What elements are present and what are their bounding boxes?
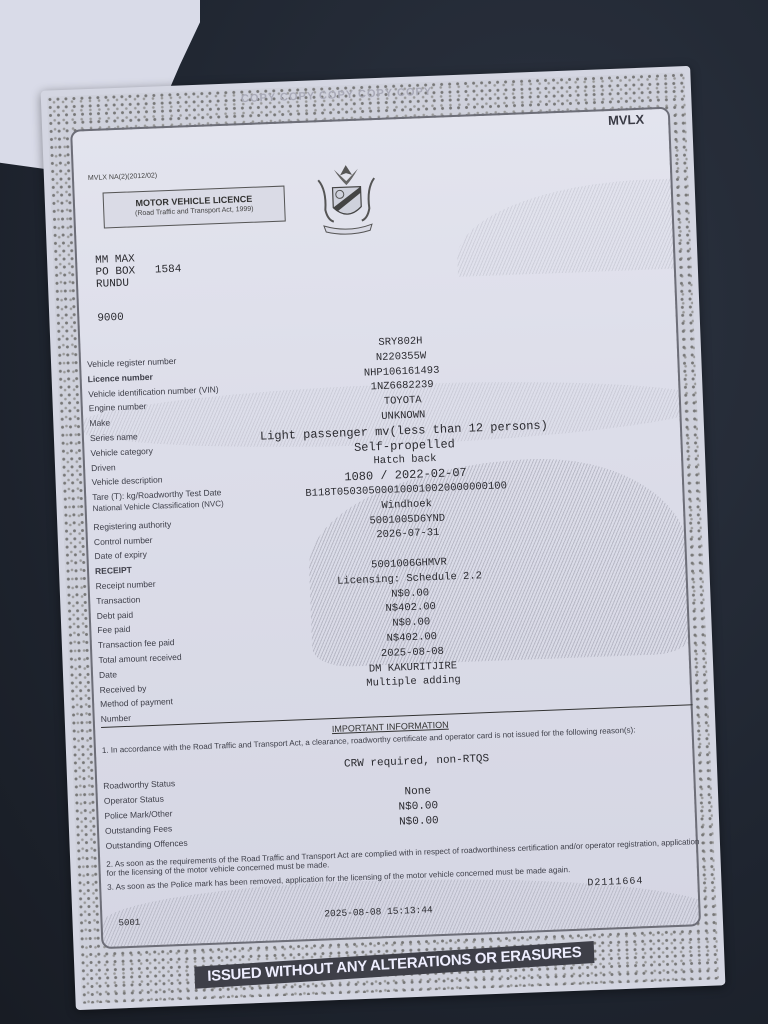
addressee-address: MM MAX PO BOX 1584 RUNDU: [95, 252, 182, 291]
document-sheet: COPY COPY COPY COPY COPY MVLX MVLX NA(2)…: [41, 66, 726, 1010]
field-values: SRY802H N220355W NHP106161493 1NZ6682239…: [200, 328, 613, 698]
guilloche-pattern: [455, 178, 698, 277]
addressee-postal-code: 9000: [97, 312, 124, 325]
motor-vehicle-licence-document: COPY COPY COPY COPY COPY MVLX MVLX NA(2)…: [41, 66, 726, 1010]
corner-code: MVLX: [608, 112, 645, 128]
status-values: CRW required, non-RTQS None N$0.00 N$0.0…: [216, 747, 619, 837]
office-code: 5001: [118, 918, 140, 929]
serial-number: D2111664: [587, 876, 643, 889]
namibia-coat-of-arms-icon: [305, 158, 388, 241]
title-box: MOTOR VEHICLE LICENCE (Road Traffic and …: [103, 186, 286, 229]
status-label: Outstanding Offences: [105, 836, 188, 854]
status-labels: Roadworthy Status Operator Status Police…: [103, 776, 188, 854]
status-label: Roadworthy Status: [103, 776, 186, 794]
